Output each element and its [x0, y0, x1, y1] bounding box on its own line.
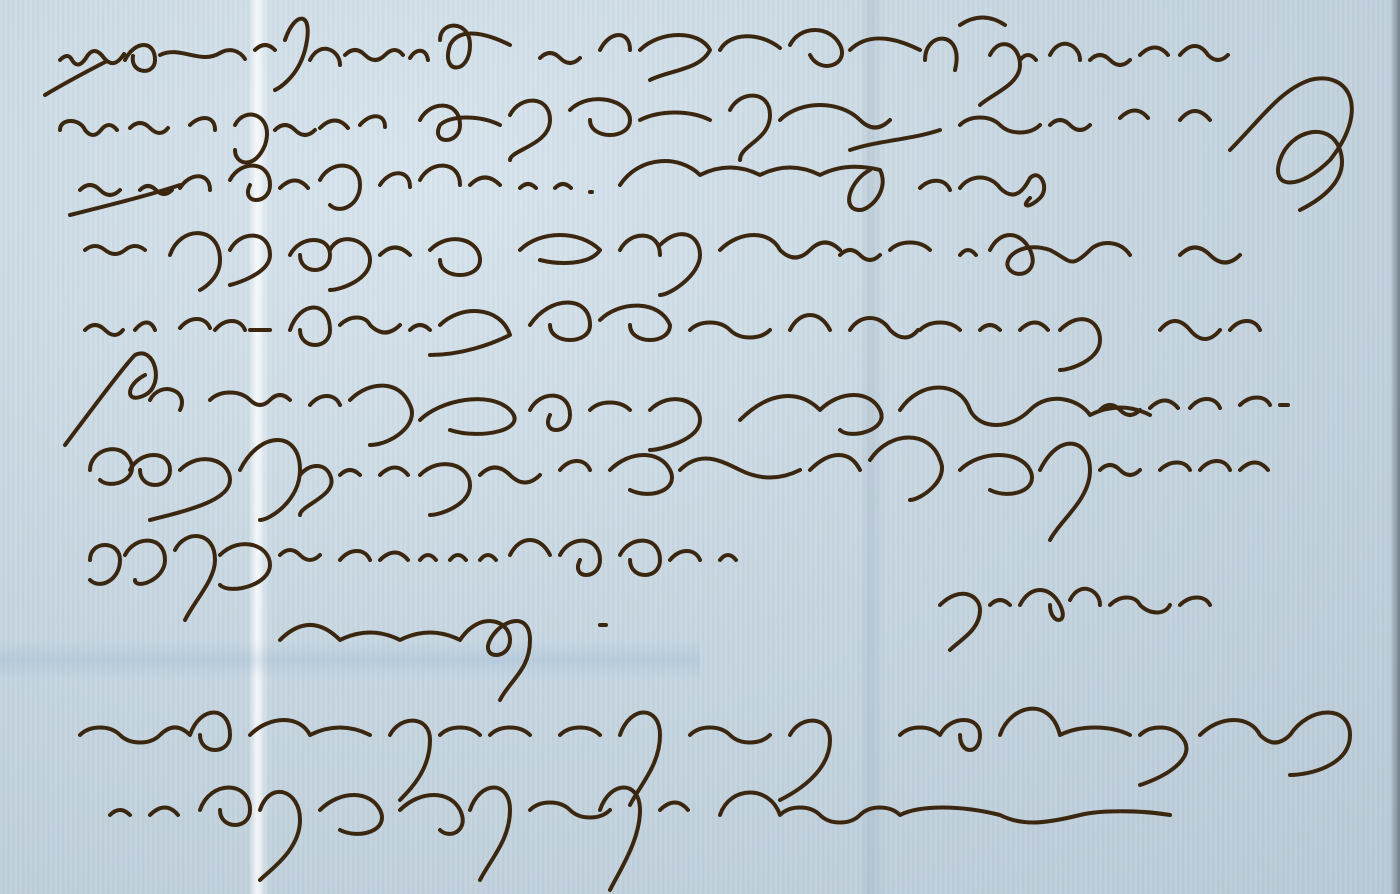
postscript-line-2 [110, 788, 1170, 891]
body-line-2 [60, 78, 1352, 210]
body-line-5 [85, 303, 1260, 371]
body-line-6 [65, 353, 1288, 450]
body-line-3 [70, 161, 1044, 215]
body-line-8 [90, 536, 736, 620]
body-line-1 [45, 18, 1228, 106]
closing-left [280, 621, 606, 700]
postscript-line-1 [80, 709, 1350, 805]
body-line-7 [90, 438, 1268, 541]
manuscript-letter: handwritten letter Tamil handwritten Tam… [0, 0, 1400, 894]
handwriting-ink [0, 0, 1400, 894]
body-line-4 [85, 233, 1240, 295]
closing-right [940, 589, 1210, 650]
